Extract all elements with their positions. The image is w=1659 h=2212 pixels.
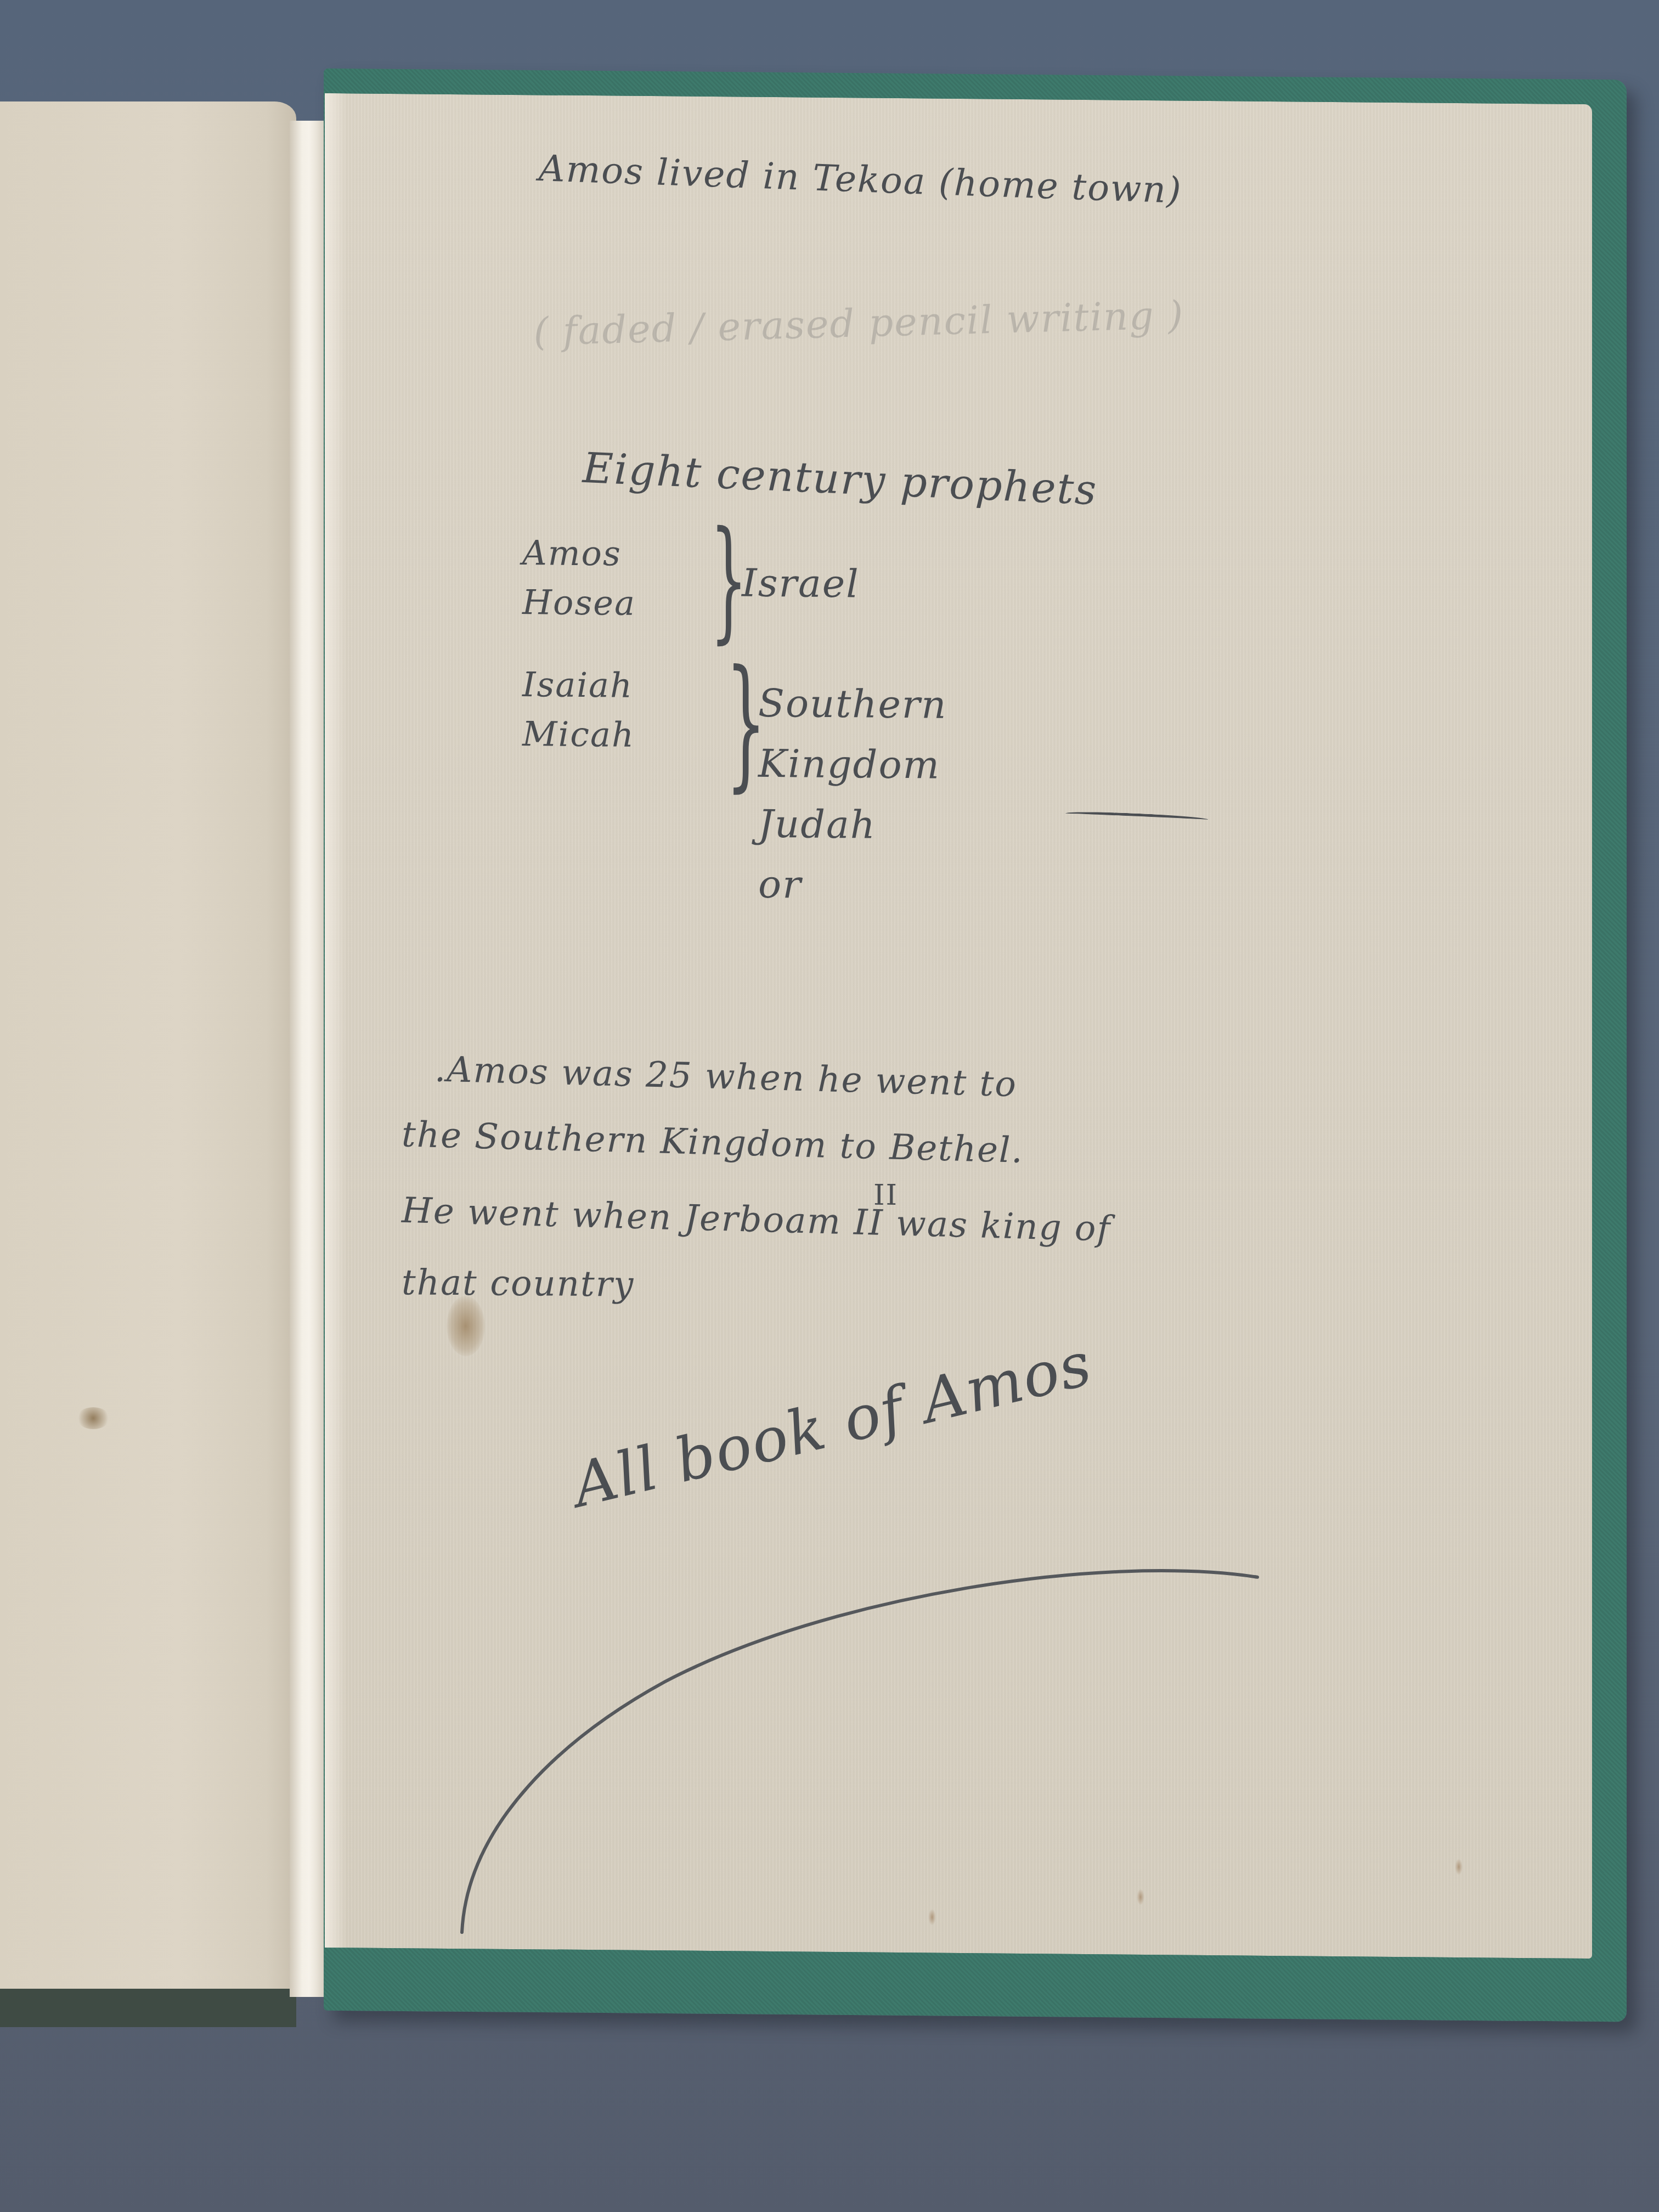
prophet-name: Amos [522,528,636,579]
foxing-stain [77,1407,110,1429]
endpaper-page: Amos lived in Tekoa (home town) ( faded … [325,93,1592,1959]
paragraph-line: He went when Jerboam II was king of [401,1190,1111,1250]
kingdom-line: Southern [758,673,947,735]
kingdom-line: Kingdom [758,733,947,795]
prophet-name: Isaiah [522,660,635,710]
left-facing-page [0,101,296,1994]
prophet-names: Isaiah Micah [522,660,635,760]
left-cover-edge [0,1989,296,2027]
note-heading-prophets: Eight century prophets [582,443,1098,515]
prophet-name: Micah [522,709,635,760]
prophet-name: Hosea [522,578,636,628]
kingdom-label: Southern Kingdom Judah or [758,673,947,916]
note-line-amos-tekoa: Amos lived in Tekoa (home town) [538,147,1182,212]
underline-stroke [1065,810,1208,822]
hinge-highlight [325,93,347,1948]
signature-swash-stroke [445,1449,1268,1950]
superscript-mark: or [758,854,947,916]
foxing-stain [447,1296,485,1357]
photo-scene: Amos lived in Tekoa (home town) ( faded … [0,0,1659,2212]
kingdom-label: Israel [742,561,860,607]
book-gutter [290,121,325,1997]
paragraph-line: that country [402,1262,634,1305]
paragraph-line: the Southern Kingdom to Bethel. [401,1114,1024,1171]
kingdom-line: Judah [758,794,947,856]
foxing-spot [1455,1859,1463,1875]
prophet-names: Amos Hosea [522,528,636,628]
erased-note: ( faded / erased pencil writing ) [533,292,1185,354]
paragraph-line: .Amos was 25 when he went to [434,1049,1017,1105]
